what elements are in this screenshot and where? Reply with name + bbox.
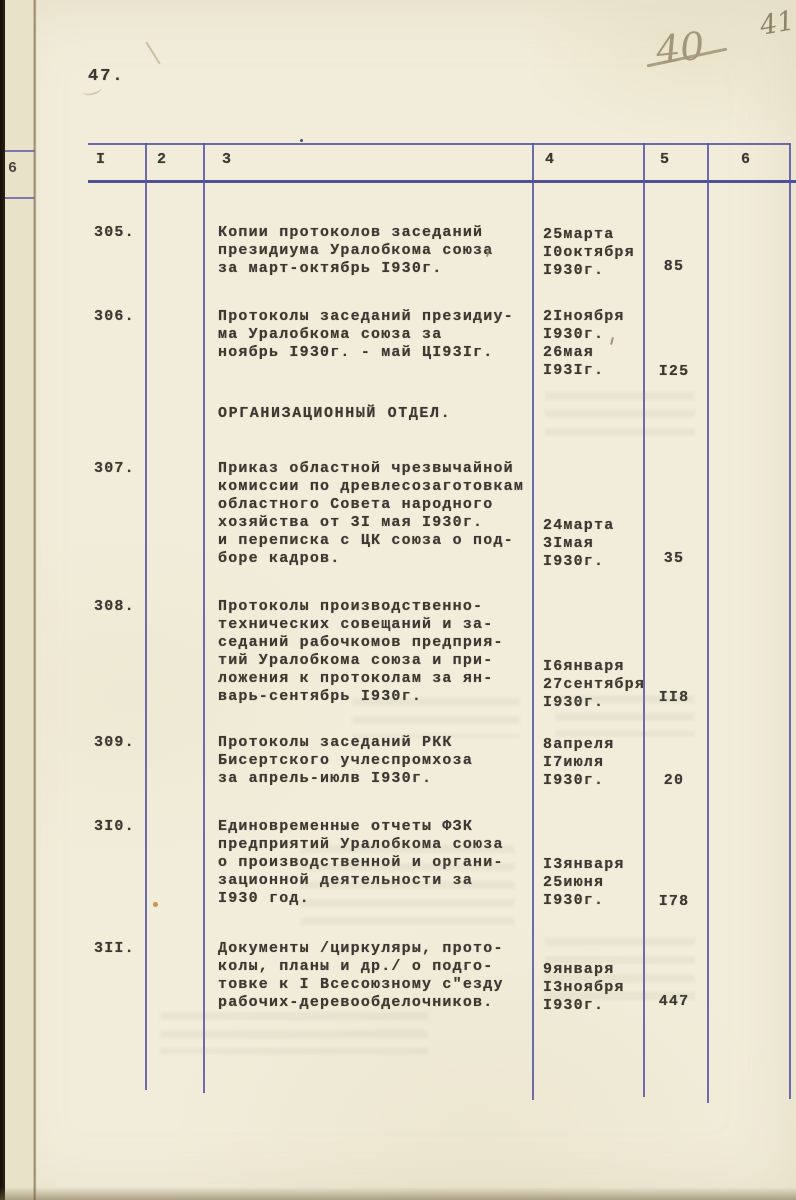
table-border-top <box>88 143 790 145</box>
handwritten-crossed-out-number: 40 <box>654 24 707 73</box>
paper-speck <box>300 139 303 142</box>
pencil-mark <box>145 41 160 64</box>
table-header-rule <box>88 180 796 183</box>
bleedthrough-artifact <box>555 695 695 737</box>
previous-page-column-number: 6 <box>8 160 17 178</box>
row-number: 309. <box>94 734 135 752</box>
bleedthrough-artifact <box>545 938 695 1010</box>
table-row: 3I0. Единовременные отчеты ФЗК предприят… <box>0 818 796 828</box>
column-header-2: 2 <box>157 151 167 169</box>
column-header-5: 5 <box>660 151 670 169</box>
row-page-count: I78 <box>645 893 703 911</box>
row-number: 308. <box>94 598 135 616</box>
handwritten-page-number: 41 <box>758 5 796 41</box>
column-header-4: 4 <box>545 151 555 169</box>
column-divider <box>203 143 205 1093</box>
row-description: Приказ областной чрезвычайной комиссии п… <box>218 460 540 568</box>
column-header-1: I <box>96 151 106 169</box>
row-number: 306. <box>94 308 135 326</box>
row-number: 3II. <box>94 940 135 958</box>
previous-page-grid-line <box>5 150 35 152</box>
pencil-mark <box>81 82 103 98</box>
page-bottom-shadow <box>0 1187 796 1200</box>
bleedthrough-artifact <box>300 845 515 933</box>
row-description: Копии протоколов заседаний президиума Ур… <box>218 224 540 278</box>
bleedthrough-artifact <box>352 698 520 738</box>
row-number: 3I0. <box>94 818 135 836</box>
column-header-6: 6 <box>741 151 751 169</box>
row-dates: I3января 25июня I930г. <box>543 856 655 910</box>
row-number: 307. <box>94 460 135 478</box>
previous-page-grid-line <box>5 197 35 199</box>
row-description: Протоколы заседаний президиу- ма Уралобк… <box>218 308 540 362</box>
row-dates: 8апреля I7июля I930г. <box>543 736 655 790</box>
bleedthrough-artifact <box>545 392 695 437</box>
row-page-count: 35 <box>645 550 703 568</box>
table-row: 307. Приказ областной чрезвычайной комис… <box>0 460 796 470</box>
bleedthrough-artifact <box>160 1012 428 1054</box>
row-page-count: 20 <box>645 772 703 790</box>
row-description: Документы /циркуляры, прото- колы, планы… <box>218 940 540 1012</box>
table-row: 305. Копии протоколов заседаний президиу… <box>0 224 796 234</box>
column-header-3: 3 <box>222 151 232 169</box>
row-description: Протоколы заседаний РКК Бисертского учле… <box>218 734 540 788</box>
column-divider <box>707 143 709 1103</box>
row-number: 305. <box>94 224 135 242</box>
row-page-count: 85 <box>645 258 703 276</box>
table-row: 306. Протоколы заседаний президиу- ма Ур… <box>0 308 796 318</box>
row-dates: 25марта I0октября I930г. <box>543 226 655 280</box>
section-heading: ОРГАНИЗАЦИОННЫЙ ОТДЕЛ. <box>218 405 451 423</box>
row-description: Протоколы производственно- технических с… <box>218 598 540 706</box>
row-page-count: I25 <box>645 363 703 381</box>
row-dates: 24марта 3Iмая I930г. <box>543 517 655 571</box>
table-row: 308. Протоколы производственно- техничес… <box>0 598 796 608</box>
paper-speck <box>153 902 158 907</box>
scanned-archive-page: 6 47. 40 41 I 2 3 4 5 6 305. Копии прото… <box>0 0 796 1200</box>
column-divider <box>789 143 791 1099</box>
row-dates: 2Iноября I930г. 26мая I93Iг. <box>543 308 655 380</box>
